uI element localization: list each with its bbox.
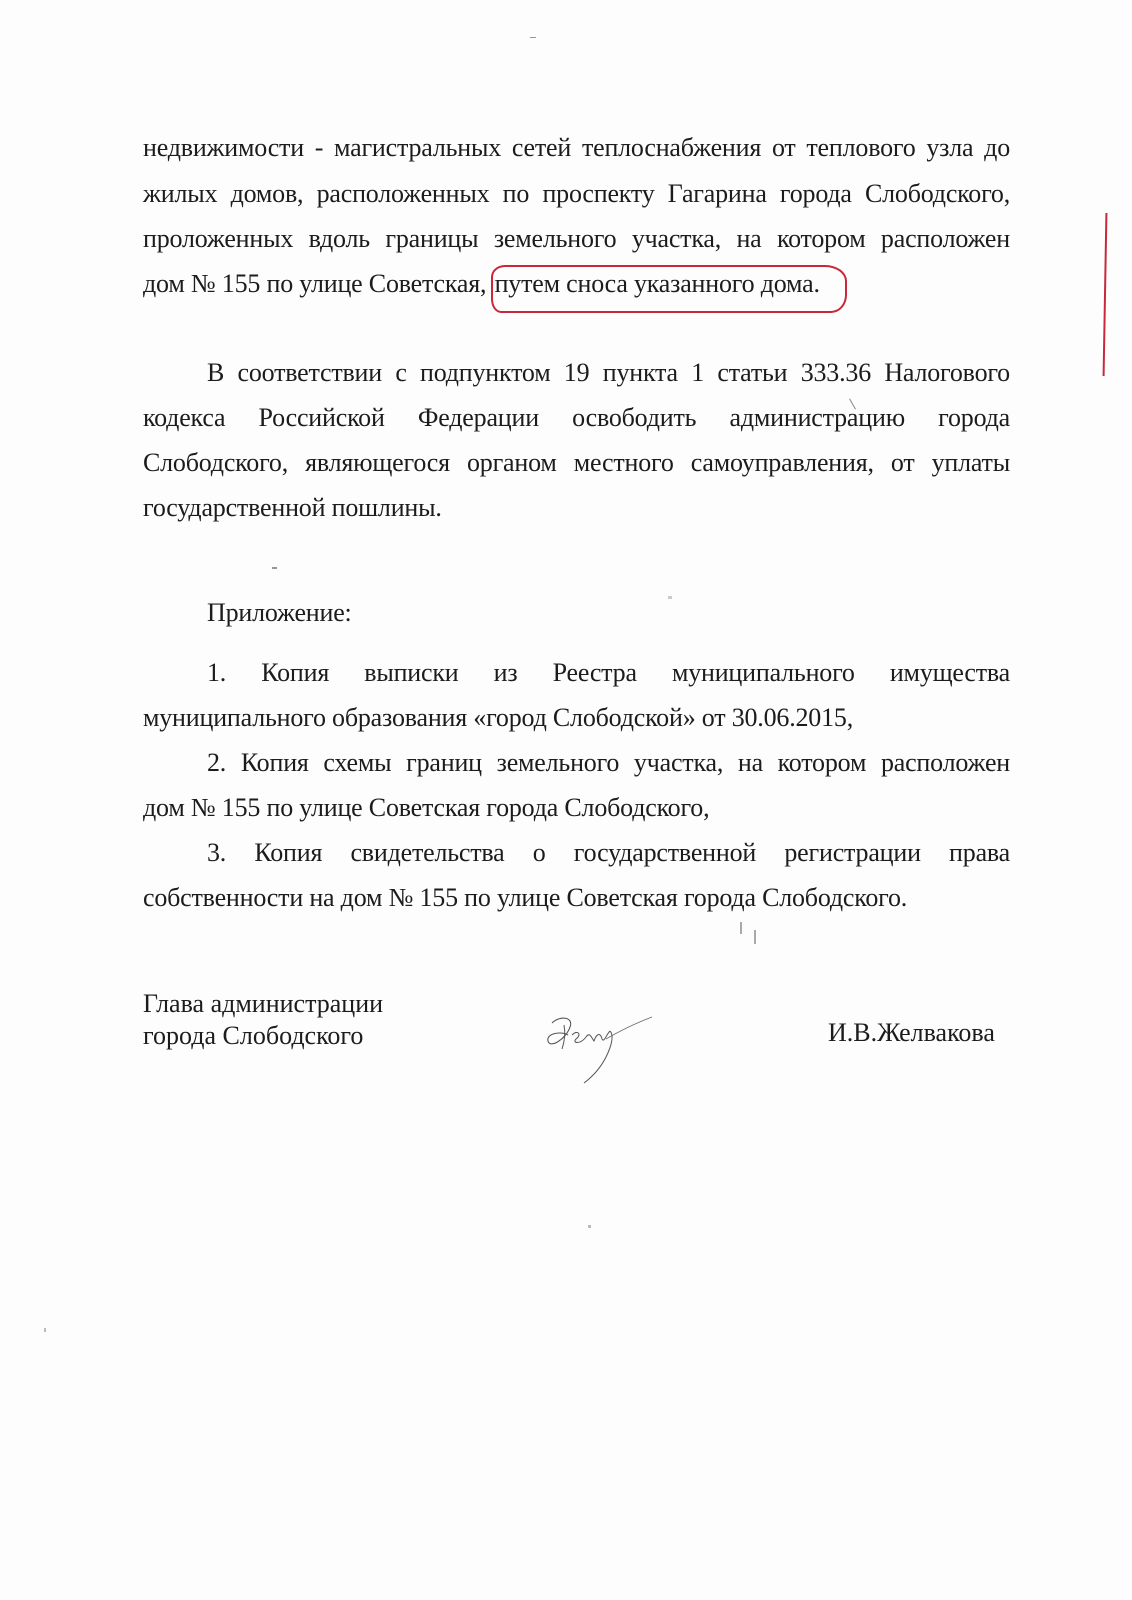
appendix-item-2-line-1: 2. Копия схемы границ земельного участка… [207,748,1010,778]
appendix-item-2-line-2: дом № 155 по улице Советская города Слоб… [143,793,1010,823]
document-page: недвижимости - магистральных сетей тепло… [0,0,1132,1600]
paragraph-1-line-4-text: дом № 155 по улице Советская, [143,269,486,298]
paragraph-1-line-4: дом № 155 по улице Советская, путем снос… [143,269,1010,299]
scan-speck [44,1328,46,1332]
scan-speck [588,1225,591,1228]
scan-speck [272,567,277,569]
paragraph-1-line-1: недвижимости - магистральных сетей тепло… [143,133,1010,163]
scan-speck [530,37,536,38]
signatory-title-line-2: города Слободского [143,1020,383,1052]
paragraph-2-line-1: В соответствии с подпунктом 19 пункта 1 … [207,358,1010,388]
signatory-title-line-1: Глава администрации [143,988,383,1020]
paragraph-1-line-2: жилых домов, расположенных по проспекту … [143,179,1010,209]
paragraph-1-line-3: проложенных вдоль границы земельного уча… [143,224,1010,254]
handwritten-signature [540,1005,670,1085]
signatory-name: И.В.Желвакова [828,1018,995,1048]
highlighted-phrase: путем сноса указанного дома. [495,269,820,298]
red-margin-mark [1103,213,1108,376]
appendix-item-3-line-1: 3. Копия свидетельства о государственной… [207,838,1010,868]
appendix-item-1-line-1: 1. Копия выписки из Реестра муниципально… [207,658,1010,688]
appendix-item-3-line-2: собственности на дом № 155 по улице Сове… [143,883,1010,913]
paragraph-2-line-3: Слободского, являющегося органом местног… [143,448,1010,478]
scan-speck [740,922,742,934]
appendix-item-1-line-2: муниципального образования «город Слобод… [143,703,1010,733]
scan-speck [754,930,756,944]
paragraph-2-line-2: кодекса Российской Федерации освободить … [143,403,1010,433]
signatory-title: Глава администрации города Слободского [143,988,383,1052]
appendix-heading: Приложение: [207,598,1010,628]
paragraph-2-line-4: государственной пошлины. [143,493,1010,523]
